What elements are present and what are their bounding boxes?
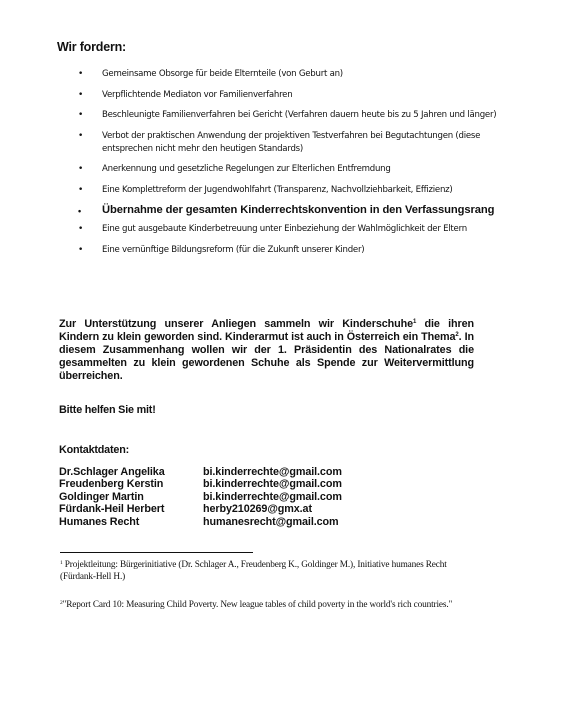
bullet-icon: • (78, 68, 83, 81)
contact-name: Humanes Recht (59, 516, 203, 528)
bullet-icon: • (78, 244, 83, 257)
contact-email[interactable]: herby210269@gmx.at (203, 503, 312, 515)
footnote-separator (60, 552, 253, 553)
contact-name: Freudenberg Kerstin (59, 478, 203, 490)
contact-row: Dr.Schlager Angelikabi.kinderrechte@gmai… (59, 466, 342, 478)
bullet-icon: • (78, 130, 83, 143)
demand-item: •Eine vernünftige Bildungsreform (für di… (78, 244, 498, 257)
bullet-icon: • (78, 223, 83, 236)
contact-row: Freudenberg Kerstinbi.kinderrechte@gmail… (59, 478, 342, 490)
support-paragraph: Zur Unterstützung unserer Anliegen samme… (59, 318, 474, 383)
demands-heading: Wir fordern: (57, 40, 126, 54)
contact-name: Dr.Schlager Angelika (59, 466, 203, 478)
demand-item: •Eine Komplettreform der Jugendwohlfahrt… (78, 184, 498, 197)
contact-heading: Kontaktdaten: (59, 444, 129, 456)
footnote-1: 1 Projektleitung: Bürgerinitiative (Dr. … (60, 560, 480, 583)
contact-row: Fürdank-Heil Herbertherby210269@gmx.at (59, 503, 342, 515)
contact-name: Goldinger Martin (59, 491, 203, 503)
contact-email[interactable]: bi.kinderrechte@gmail.com (203, 478, 342, 490)
bullet-icon: • (78, 184, 83, 197)
help-appeal: Bitte helfen Sie mit! (59, 404, 156, 416)
contact-email[interactable]: humanesrecht@gmail.com (203, 516, 339, 528)
contact-name: Fürdank-Heil Herbert (59, 503, 203, 515)
demand-item: •Gemeinsame Obsorge für beide Elternteil… (78, 68, 498, 81)
demand-item: •Verpflichtende Mediaton vor Familienver… (78, 89, 498, 102)
bullet-icon: • (78, 163, 83, 176)
bullet-icon: • (78, 205, 81, 218)
document-page: Wir fordern: •Gemeinsame Obsorge für bei… (0, 0, 565, 701)
demand-item: •Beschleunigte Familienverfahren bei Ger… (78, 109, 498, 122)
contact-list: Dr.Schlager Angelikabi.kinderrechte@gmai… (59, 466, 342, 528)
contact-email[interactable]: bi.kinderrechte@gmail.com (203, 466, 342, 478)
bullet-icon: • (78, 89, 83, 102)
demand-item: •Eine gut ausgebaute Kinderbetreuung unt… (78, 223, 498, 236)
demand-item: •Verbot der praktischen Anwendung der pr… (78, 130, 498, 156)
demand-item: •Übernahme der gesamten Kinderrechtskonv… (78, 204, 498, 217)
contact-row: Humanes Rechthumanesrecht@gmail.com (59, 516, 342, 528)
contact-row: Goldinger Martinbi.kinderrechte@gmail.co… (59, 491, 342, 503)
footnote-2: 2"Report Card 10: Measuring Child Povert… (60, 600, 480, 612)
demand-item: •Anerkennung und gesetzliche Regelungen … (78, 163, 498, 176)
contact-email[interactable]: bi.kinderrechte@gmail.com (203, 491, 342, 503)
bullet-icon: • (78, 109, 83, 122)
demands-list: •Gemeinsame Obsorge für beide Elternteil… (78, 68, 498, 264)
